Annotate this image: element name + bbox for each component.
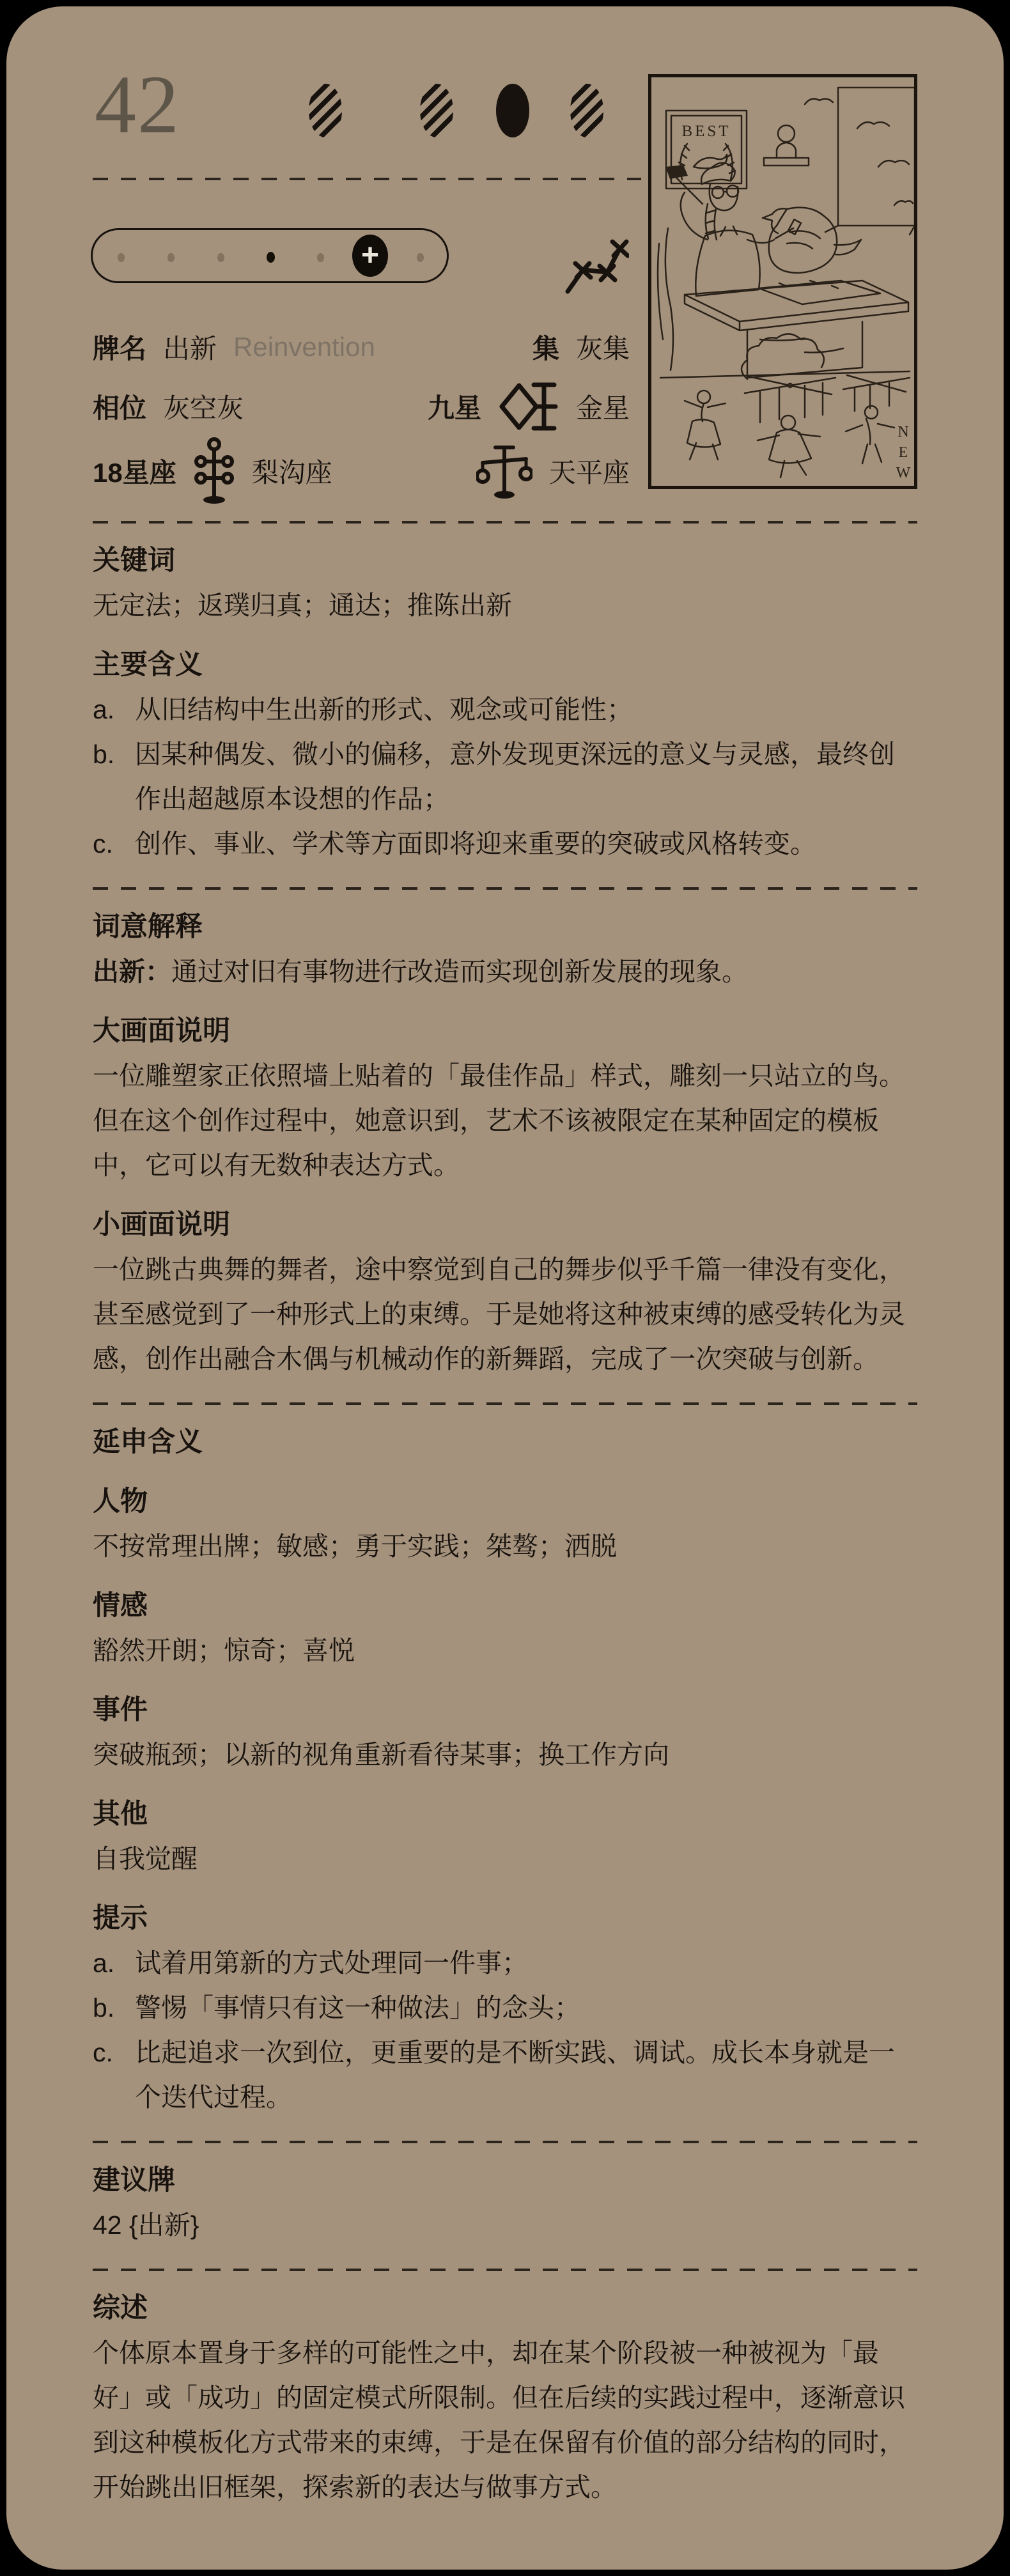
field-row-3: 18星座 梨沟座	[93, 433, 630, 509]
dashed-divider	[93, 1402, 917, 1405]
zodiac-value: 天平座	[549, 452, 630, 490]
list-item: b.因某种偶发、微小的偏移，意外发现更深远的意义与灵感，最终创作出超越原本设想的…	[93, 732, 917, 821]
name-value: 出新	[163, 328, 217, 366]
event-heading: 事件	[93, 1688, 917, 1732]
venus-diamond-icon	[498, 377, 559, 436]
emotion-text: 豁然开朗；惊奇；喜悦	[93, 1628, 917, 1673]
ninestar-label: 九星	[428, 387, 481, 426]
svg-text:W: W	[896, 465, 911, 481]
dashed-divider	[93, 2141, 917, 2143]
people-heading: 人物	[93, 1479, 917, 1524]
pole-circles-icon	[193, 437, 235, 505]
other-heading: 其他	[93, 1792, 917, 1836]
zodiac18-value: 梨沟座	[252, 452, 332, 490]
emotion-heading: 情感	[93, 1583, 917, 1628]
app-screen: 42 BEST	[0, 0, 1010, 2576]
plus-button[interactable]: +	[352, 235, 388, 277]
constellation-arrow-icon	[557, 230, 629, 299]
list-item: a.从旧结构中生出新的形式、观念或可能性；	[93, 687, 917, 732]
tips-heading: 提示	[93, 1896, 917, 1941]
stepper[interactable]: +	[91, 228, 449, 283]
list-item: c.比起追求一次到位，更重要的是不断实践、调试。成长本身就是一个迭代过程。	[93, 2030, 917, 2120]
dashed-divider	[93, 2269, 917, 2271]
field-row-1: 牌名 出新 Reinvention 集 灰集	[93, 318, 630, 376]
small-picture-heading: 小画面说明	[93, 1202, 917, 1247]
tips-list: a.试着用第新的方式处理同一件事； b.警惕「事情只有这一种做法」的念头； c.…	[93, 1941, 917, 2120]
stepper-dot[interactable]	[167, 253, 175, 262]
other-text: 自我觉醒	[93, 1836, 917, 1881]
keywords-heading: 关键词	[93, 538, 917, 583]
dashed-divider	[93, 178, 641, 180]
sculptor-engraving-art: BEST	[651, 77, 914, 486]
set-label: 集	[532, 328, 559, 366]
extended-heading: 延申含义	[93, 1420, 917, 1464]
stepper-dot[interactable]	[417, 253, 424, 262]
set-value: 灰集	[576, 328, 630, 366]
phase-ellipse-3	[496, 84, 529, 137]
word-explanation-heading: 词意解释	[93, 904, 917, 949]
main-meanings-heading: 主要含义	[93, 642, 917, 687]
list-item: b.警惕「事情只有这一种做法」的念头；	[93, 1985, 917, 2030]
card-detail: 42 BEST	[6, 6, 1004, 2570]
keywords-text: 无定法；返璞归真；通达；推陈出新	[93, 583, 917, 628]
new-text: N	[897, 424, 908, 440]
event-text: 突破瓶颈；以新的视角重新看待某事；换工作方向	[93, 1732, 917, 1777]
field-row-2: 相位 灰空灰 九星 金星	[93, 375, 630, 438]
big-picture-heading: 大画面说明	[93, 1009, 917, 1053]
word-explanation-text: 出新：通过对旧有事物进行改造而实现创新发展的现象。	[93, 949, 917, 994]
main-meanings-list: a.从旧结构中生出新的形式、观念或可能性； b.因某种偶发、微小的偏移，意外发现…	[93, 687, 917, 866]
balance-scale-icon	[476, 441, 532, 501]
people-text: 不按常理出牌；敏感；勇于实践；桀骜；洒脱	[93, 1524, 917, 1569]
card-number: 42	[95, 61, 180, 149]
suggestion-heading: 建议牌	[93, 2158, 917, 2203]
name-label: 牌名	[93, 328, 146, 366]
stepper-dot-active[interactable]	[267, 252, 275, 263]
zodiac18-label: 18星座	[93, 452, 176, 490]
stepper-dot[interactable]	[217, 253, 224, 262]
phase-value: 灰空灰	[163, 387, 244, 426]
svg-text:E: E	[899, 444, 908, 461]
summary-text: 个体原本置身于多样的可能性之中，却在某个阶段被一种被视为「最好」或「成功」的固定…	[93, 2331, 917, 2510]
content-sections: 关键词 无定法；返璞归真；通达；推陈出新 主要含义 a.从旧结构中生出新的形式、…	[93, 521, 917, 2510]
svg-text:BEST: BEST	[681, 123, 731, 140]
name-value-en: Reinvention	[233, 332, 375, 362]
small-picture-text: 一位跳古典舞的舞者，途中察觉到自己的舞步似乎千篇一律没有变化，甚至感觉到了一种形…	[93, 1247, 917, 1381]
ninestar-value: 金星	[576, 387, 630, 426]
dashed-divider	[93, 521, 917, 524]
card-illustration: BEST	[648, 74, 917, 489]
phase-ellipse-2	[420, 84, 453, 137]
list-item: c.创作、事业、学术等方面即将迎来重要的突破或风格转变。	[93, 821, 917, 866]
list-item: a.试着用第新的方式处理同一件事；	[93, 1941, 917, 1985]
summary-heading: 综述	[93, 2286, 917, 2331]
big-picture-text: 一位雕塑家正依照墙上贴着的「最佳作品」样式，雕刻一只站立的鸟。但在这个创作过程中…	[93, 1053, 917, 1188]
suggestion-text: 42 {出新}	[93, 2203, 917, 2247]
phase-ellipse-4	[570, 84, 603, 137]
dashed-divider	[93, 887, 917, 890]
stepper-dot[interactable]	[118, 253, 125, 262]
phase-label: 相位	[93, 387, 146, 426]
stepper-dot[interactable]	[317, 253, 324, 262]
phase-ellipse-1	[309, 84, 342, 137]
